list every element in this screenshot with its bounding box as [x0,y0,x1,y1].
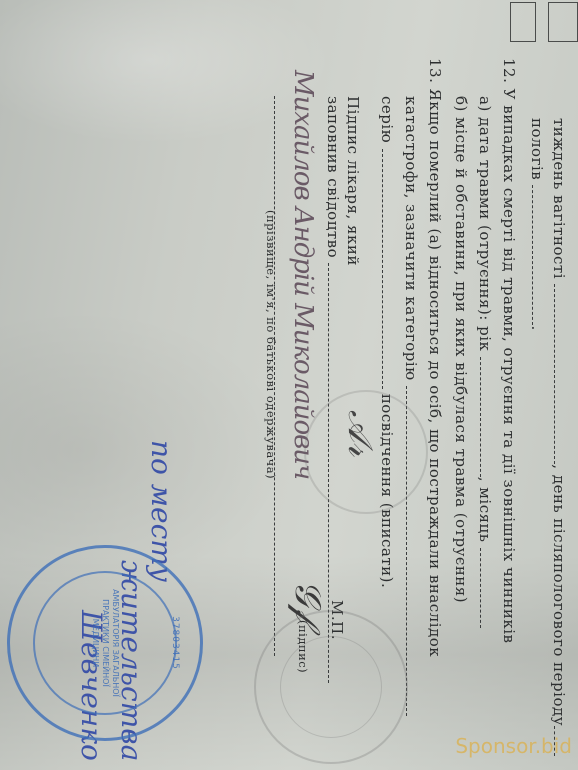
item-12-text: У випадках смерті від травми, отруєння т… [500,89,518,644]
item-13-heading: 13. Якщо померлий (а) відноситься до осі… [426,58,444,657]
item-12-number: 12. [500,58,518,83]
recipient-name-caption: (прізвище, ім'я, по батькові одержувача) [264,210,278,479]
item-12-heading: 12. У випадках смерті від травми, отруєн… [500,58,518,644]
item-12b-line: б) місце й обставини, при яких відбулася… [452,96,470,603]
item-12a-text: дата травми (отруєння): рік [476,117,494,351]
item-12a-label: а) [476,96,494,112]
doctor-signature-label-1: Підпис лікаря, який [344,96,362,266]
item-12b-label: б) [452,96,470,112]
childbirth-line: пологів . [528,118,546,331]
form-box-2 [510,2,536,42]
item-13-number: 13. [426,58,444,83]
item-12b-text: місце й обставини, при яких відбулася тр… [452,117,470,603]
item-12a-month: , місяць [476,477,494,543]
faint-stamp-2 [304,390,428,514]
item-13-series-label: серію [378,96,396,143]
faint-stamp [254,610,408,764]
watermark: Sponsor.bid [455,734,572,758]
item-12a-line: а) дата травми (отруєння): рік , місяць [476,96,494,628]
official-stamp: АМБУЛАТОРІЯ ЗАГАЛЬНОЇ ПРАКТИКИ СІМЕЙНОЇ … [7,545,203,741]
pregnancy-week-line: тиждень вагітності , день післяпологовог… [550,118,568,756]
item-13-text: Якщо померлий (а) відноситься до осіб, щ… [426,89,444,658]
pregnancy-week-label: тиждень вагітності [550,118,568,279]
item-13-series-line: серію посвідчення (вписати). [378,96,396,588]
item-13-category-label: катастрофи, зазначити категорію [402,96,420,381]
stamp-code: 37803415 [170,616,180,670]
postpartum-day-label: , день післяпологового періоду [550,464,568,726]
form-box-1 [548,2,578,42]
childbirth-label: пологів [528,118,546,180]
document-page: тиждень вагітності , день післяпологовог… [0,0,578,770]
